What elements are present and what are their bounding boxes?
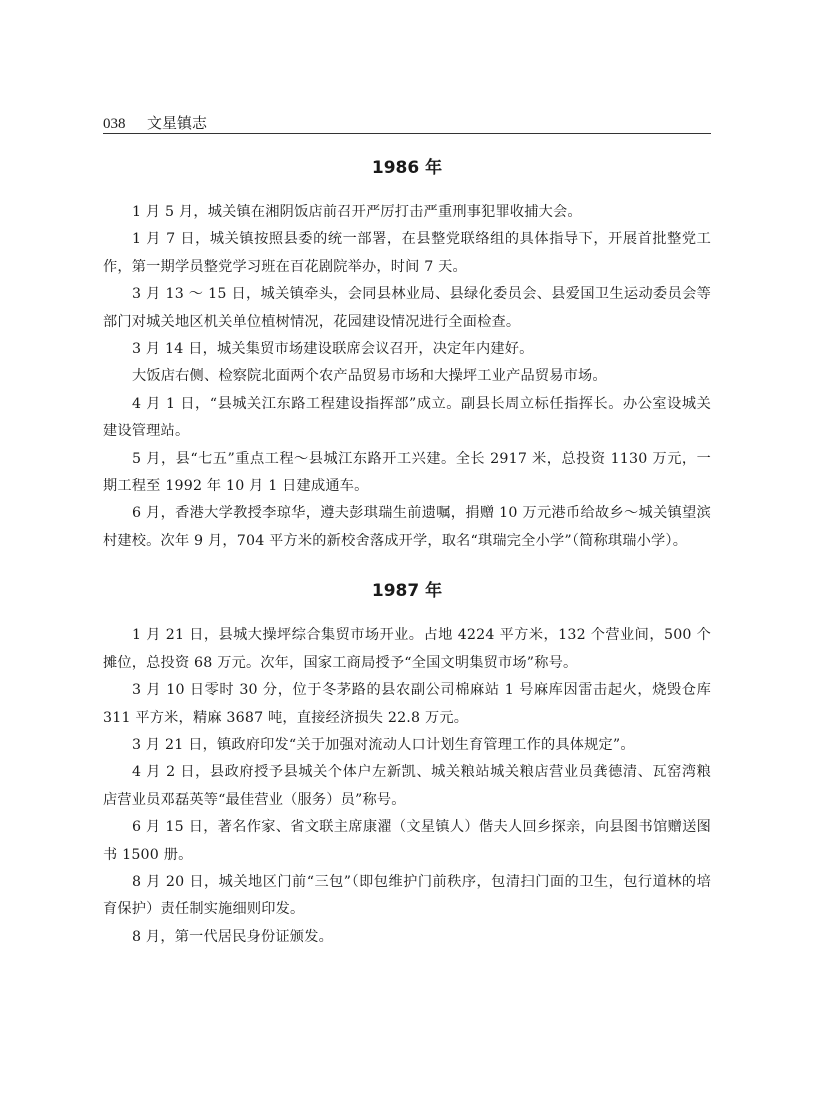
book-title: 文星镇志 <box>147 112 207 133</box>
entry: 1 月 21 日，县城大操坪综合集贸市场开业。占地 4224 平方米，132 个… <box>103 622 711 677</box>
entry: 大饭店右侧、检察院北面两个农产品贸易市场和大操坪工业产品贸易市场。 <box>103 363 711 390</box>
running-header: 038 文星镇志 <box>103 112 711 134</box>
entry: 1 月 7 日，城关镇按照县委的统一部署，在县整党联络组的具体指导下，开展首批整… <box>103 226 711 281</box>
entry: 8 月，第一代居民身份证颁发。 <box>103 924 711 951</box>
entry: 5 月，县“七五”重点工程～县城江东路开工兴建。全长 2917 米，总投资 11… <box>103 446 711 501</box>
entry: 4 月 1 日，“县城关江东路工程建设指挥部”成立。副县长周立标任指挥长。办公室… <box>103 391 711 446</box>
document-page: 038 文星镇志 1986 年 1 月 5 月，城关镇在湘阴饭店前召开严厉打击严… <box>103 112 711 951</box>
entry: 8 月 20 日，城关地区门前“三包”（即包维护门前秩序，包清扫门面的卫生，包行… <box>103 869 711 924</box>
page-number: 038 <box>103 116 147 133</box>
entry: 4 月 2 日，县政府授予县城关个体户左新凯、城关粮站城关粮店营业员龚德清、瓦窑… <box>103 759 711 814</box>
entry: 3 月 13 ～ 15 日，城关镇牵头，会同县林业局、县绿化委员会、县爱国卫生运… <box>103 281 711 336</box>
section-heading-1987: 1987 年 <box>103 577 711 605</box>
entry: 6 月 15 日，著名作家、省文联主席康濯（文星镇人）偕夫人回乡探亲，向县图书馆… <box>103 814 711 869</box>
entry: 6 月，香港大学教授李琼华，遵夫彭琪瑞生前遗嘱，捐赠 10 万元港币给故乡～城关… <box>103 500 711 555</box>
entry: 1 月 5 月，城关镇在湘阴饭店前召开严厉打击严重刑事犯罪收捕大会。 <box>103 199 711 226</box>
entry: 3 月 14 日，城关集贸市场建设联席会议召开，决定年内建好。 <box>103 336 711 363</box>
entry: 3 月 21 日，镇政府印发“关于加强对流动人口计划生育管理工作的具体规定”。 <box>103 732 711 759</box>
entry: 3 月 10 日零时 30 分，位于冬茅路的县农副公司棉麻站 1 号麻库因雷击起… <box>103 677 711 732</box>
section-heading-1986: 1986 年 <box>103 154 711 182</box>
